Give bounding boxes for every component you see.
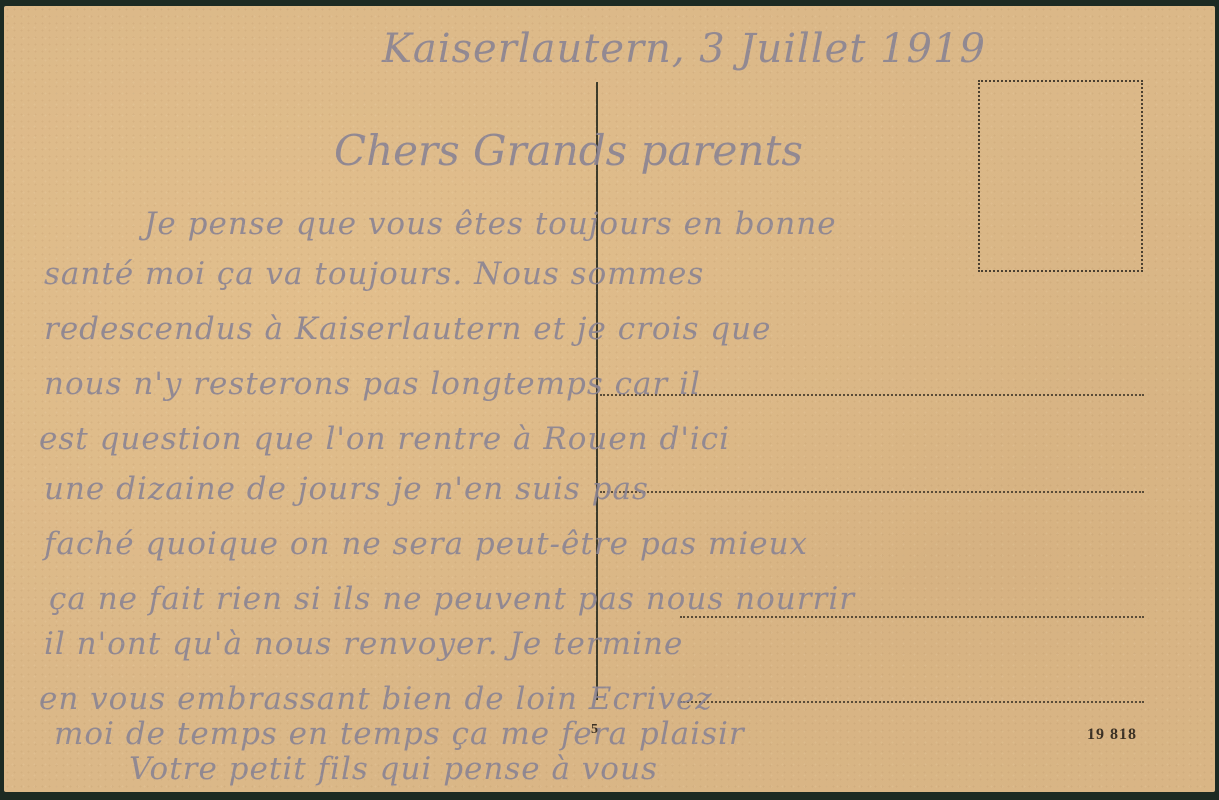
message-line: en vous embrassant bien de loin Ecrivez [39,681,713,717]
message-line: est question que l'on rentre à Rouen d'i… [39,421,730,457]
handwritten-salutation: Chers Grands parents [334,126,803,175]
address-line-4 [680,701,1144,703]
stamp-placeholder-box [978,80,1143,272]
message-line: Je pense que vous êtes toujours en bonne [144,206,837,242]
postcard-back: Kaiserlautern, 3 Juillet 1919 Chers Gran… [4,6,1215,792]
handwritten-date: Kaiserlautern, 3 Juillet 1919 [382,26,986,72]
message-line: santé moi ça va toujours. Nous sommes [44,256,704,292]
message-line: moi de temps en temps ça me fera plaisir [54,716,745,752]
message-line: nous n'y resterons pas longtemps car il [44,366,701,402]
signature-line: Votre petit fils qui pense à vous [129,751,658,787]
message-line: une dizaine de jours je n'en suis pas [44,471,649,507]
message-line: il n'ont qu'à nous renvoyer. Je termine [44,626,683,662]
message-line: ça ne fait rien si ils ne peuvent pas no… [49,581,855,617]
message-line: redescendus à Kaiserlautern et je crois … [44,311,771,347]
printed-divider-number: 5 [591,722,598,738]
printed-catalog-number: 19 818 [1087,726,1137,744]
message-line: faché quoique on ne sera peut-être pas m… [44,526,808,562]
address-line-2 [600,491,1144,493]
